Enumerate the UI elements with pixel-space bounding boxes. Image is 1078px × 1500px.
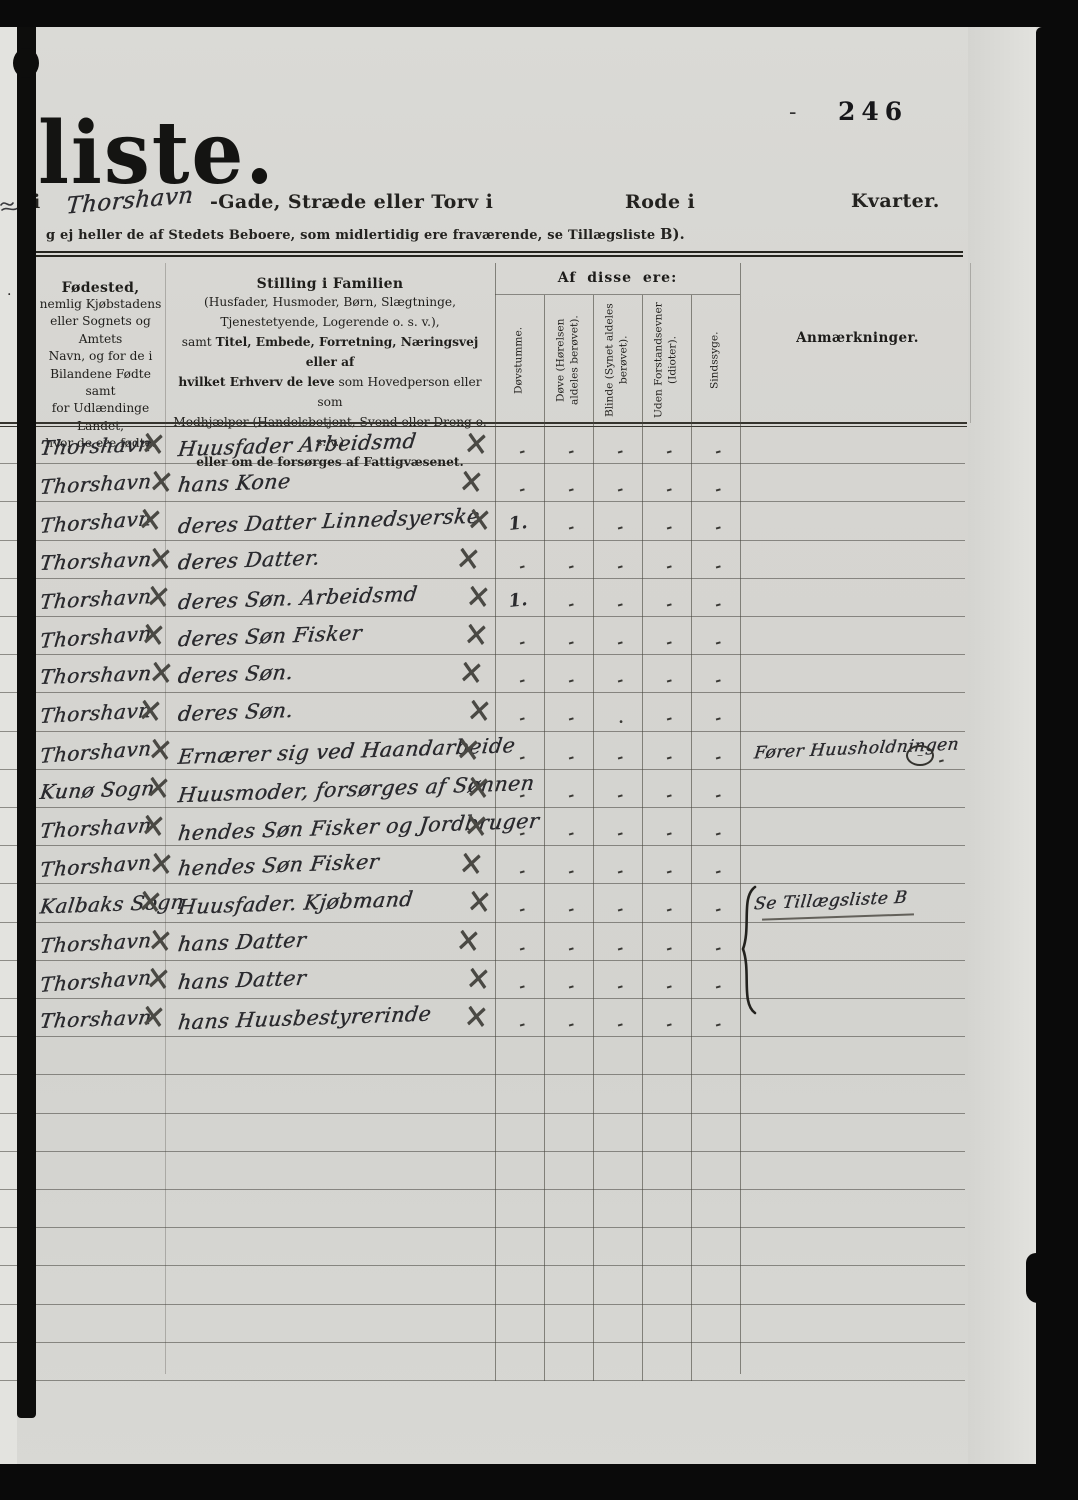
tally-mark: - (608, 592, 632, 615)
tally-mark: - (559, 516, 583, 539)
page-number-dash: - (789, 100, 796, 125)
tally-mark: - (706, 554, 730, 577)
position-entry: hans Kone (177, 469, 293, 497)
tally-mark: 1. (507, 589, 529, 612)
tally-mark: - (608, 822, 632, 845)
footnote: g ej heller de af Stedets Beboere, som m… (46, 226, 685, 243)
tally-mark: - (706, 516, 730, 539)
check-mark: ✕ (144, 958, 172, 1000)
position-entry: deres Datter. (177, 545, 322, 574)
tally-mark: - (510, 707, 534, 730)
rode-label: Rode i (625, 191, 695, 213)
row-line (0, 1113, 965, 1114)
birthplace-entry: Thorshavn (39, 813, 153, 843)
tally-mark: - (706, 745, 730, 768)
header-anmaerkninger: Anmærkninger. (740, 330, 975, 346)
sub-column-label: Sindssyge. (691, 298, 740, 422)
position-entry: deres Datter Linnedsyerske (177, 504, 482, 539)
tally-mark: - (510, 936, 534, 959)
cut-column-dot: . (7, 283, 11, 299)
birthplace-entry: Thorshavn (39, 965, 152, 997)
tally-mark: - (559, 898, 583, 921)
check-mark: ✕ (462, 614, 490, 656)
stilling-header-line: samt Titel, Embede, Forretning, Næringsv… (167, 332, 493, 372)
check-mark: ✕ (139, 614, 167, 656)
check-mark: ✕ (139, 423, 167, 465)
tally-mark: - (706, 898, 730, 921)
tally-mark: - (510, 554, 534, 577)
birthplace-entry: Thorshavn (39, 736, 152, 768)
tally-mark: - (706, 478, 730, 501)
tally-mark: - (608, 860, 632, 883)
birthplace-entry: Thorshavn (39, 547, 153, 575)
check-mark: ✕ (144, 767, 172, 809)
tally-mark: - (608, 516, 632, 539)
tally-mark: - (608, 554, 632, 577)
tally-mark: - (559, 860, 583, 883)
position-entry: deres Søn Fisker (177, 621, 364, 652)
scan-edge-notch (1026, 1253, 1042, 1303)
check-mark: ✕ (454, 920, 482, 962)
tally-mark: - (559, 783, 583, 806)
check-mark: ✕ (146, 920, 174, 962)
tally-mark: - (608, 669, 632, 692)
check-mark: ✕ (465, 499, 493, 541)
tally-mark: - (706, 974, 730, 997)
column-line (593, 295, 594, 1381)
af-disse-underline (495, 294, 740, 295)
birthplace-entry: Thorshavn (39, 432, 153, 460)
tally-mark: - (657, 592, 681, 615)
check-mark: ✕ (146, 729, 174, 771)
stilling-header-line: (Husfader, Husmoder, Børn, Slægtninge, (167, 292, 493, 312)
sub-column-label: Blinde (Synet aldeles berøvet). (593, 298, 642, 422)
check-mark: ✕ (457, 652, 485, 694)
tally-mark: - (608, 936, 632, 959)
check-mark: ✕ (457, 843, 485, 885)
tally-mark: - (706, 936, 730, 959)
tally-mark: - (706, 1013, 730, 1036)
position-entry: deres Søn. Arbeidsmd (177, 582, 419, 614)
tally-mark: - (657, 860, 681, 883)
check-mark: ✕ (464, 576, 492, 618)
tally-mark: - (657, 707, 681, 730)
check-mark: ✕ (147, 843, 175, 885)
tally-mark: - (559, 707, 583, 730)
tally-mark: - (559, 592, 583, 615)
tally-mark: - (608, 745, 632, 768)
position-entry: hans Datter (177, 966, 308, 995)
check-mark: ✕ (462, 805, 490, 847)
tally-mark: - (706, 860, 730, 883)
footnote-text: g ej heller de af Stedets Beboere, som m… (46, 228, 660, 243)
header-af-disse: Af disse ere: (495, 270, 740, 286)
tally-mark: - (559, 631, 583, 654)
check-mark: ✕ (462, 423, 490, 465)
page-number: 246 (838, 97, 908, 126)
book-binding-strip (17, 27, 36, 1418)
circled-mark: – (906, 745, 934, 766)
check-mark: ✕ (454, 729, 482, 771)
check-mark: ✕ (465, 881, 493, 923)
birthplace-entry: Thorshavn (39, 584, 153, 614)
row-line (0, 1074, 965, 1075)
check-mark: ✕ (136, 499, 164, 541)
check-mark: ✕ (464, 958, 492, 1000)
scan-black-bottom (0, 1464, 1078, 1500)
tally-mark: - (706, 707, 730, 730)
sub-column-label: Uden Forstandsevner (Idioter). (642, 298, 691, 422)
check-mark: ✕ (454, 538, 482, 580)
check-mark: ✕ (464, 767, 492, 809)
check-mark: ✕ (462, 996, 490, 1038)
tally-mark: - (559, 554, 583, 577)
birthplace-entry: Kalbaks Sogn (39, 890, 186, 919)
scan-black-top (0, 0, 1078, 27)
tally-mark: - (657, 516, 681, 539)
tally-mark: - (657, 1013, 681, 1036)
tally-mark: - (608, 631, 632, 654)
tally-mark: - (608, 440, 632, 463)
top-rule (0, 251, 963, 257)
birthplace-entry: Thorshavn (39, 506, 152, 538)
tally-mark: - (559, 440, 583, 463)
birthplace-entry: Thorshavn (39, 621, 152, 653)
tally-mark: - (510, 440, 534, 463)
tally-mark: - (510, 898, 534, 921)
row-line (0, 1189, 965, 1190)
position-entry: Huusfader. Kjøbmand (177, 887, 415, 919)
tally-mark: - (559, 669, 583, 692)
column-line (642, 295, 643, 1381)
check-mark: ✕ (146, 538, 174, 580)
sub-column-label: Døvstumme. (495, 298, 544, 422)
tally-mark: - (657, 669, 681, 692)
tally-mark: - (706, 631, 730, 654)
row-line (0, 1151, 965, 1152)
row-line (0, 1227, 965, 1228)
birthplace-entry: Thorshavn (39, 1005, 153, 1033)
tally-mark: . (608, 707, 632, 730)
tally-mark: - (657, 440, 681, 463)
census-form-page: liste. - 246 i Thorshavn -Gade, Stræde e… (0, 0, 1078, 1500)
check-mark: ✕ (139, 996, 167, 1038)
birthplace-entry: Thorshavn (39, 469, 153, 499)
tally-mark: - (706, 783, 730, 806)
check-mark: ✕ (136, 690, 164, 732)
check-mark: ✕ (144, 576, 172, 618)
row-line (0, 1342, 965, 1343)
tally-mark: - (608, 1013, 632, 1036)
tally-mark: - (706, 822, 730, 845)
check-mark: ✕ (465, 690, 493, 732)
row-line (0, 1265, 965, 1266)
tally-mark: - (657, 936, 681, 959)
kvarter-label: Kvarter. (851, 190, 940, 212)
tally-mark: - (657, 822, 681, 845)
tally-mark: - (559, 478, 583, 501)
header-stilling-title: Stilling i Familien (167, 276, 493, 292)
tally-mark: - (706, 440, 730, 463)
tally-mark: - (510, 631, 534, 654)
tally-mark: - (559, 1013, 583, 1036)
column-line (544, 295, 545, 1381)
fodested-header-line: eller Sognets og Amtets (36, 313, 165, 348)
birthplace-entry: Thorshavn (39, 850, 152, 882)
tally-mark: - (706, 669, 730, 692)
tally-mark: - (559, 974, 583, 997)
annotation-brace (736, 885, 758, 1015)
tally-mark: - (657, 554, 681, 577)
column-line (740, 263, 741, 1374)
stilling-header-line: Tjenestetyende, Logerende o. s. v.), (167, 312, 493, 332)
page-right-margin (968, 27, 1036, 1464)
tally-mark: - (510, 478, 534, 501)
annotation-underline (762, 914, 914, 921)
row-line (0, 1380, 965, 1381)
stilling-header-line: hvilket Erhverv de leve som Hovedperson … (167, 372, 493, 412)
tally-mark: - (559, 936, 583, 959)
check-mark: ✕ (147, 461, 175, 503)
tally-mark: - (657, 631, 681, 654)
tally-mark: - (657, 783, 681, 806)
position-entry: deres Søn. (177, 698, 295, 726)
tally-mark: - (657, 898, 681, 921)
fodested-header-line: nemlig Kjøbstadens (36, 296, 165, 313)
tally-mark: - (657, 745, 681, 768)
birthplace-entry: Kunø Sogn (39, 776, 156, 804)
sub-column-label: Døve (Hørelsen aldeles berøvet). (544, 298, 593, 422)
binding-paper-sliver (0, 27, 17, 1464)
position-entry: hendes Søn Fisker (177, 850, 381, 881)
tally-mark: - (608, 974, 632, 997)
column-line (970, 263, 971, 423)
tally-mark: 1. (507, 512, 529, 535)
tally-mark: - (657, 974, 681, 997)
tally-mark: - (608, 898, 632, 921)
tally-mark: - (559, 822, 583, 845)
position-entry: hans Datter (177, 927, 308, 956)
check-mark: ✕ (147, 652, 175, 694)
tally-mark: - (559, 745, 583, 768)
scan-black-right (1036, 27, 1078, 1464)
fodested-header-line: Bilandene Fødte samt (36, 366, 165, 401)
annotation-entry: Se Tillægsliste B (753, 888, 908, 915)
position-entry: deres Søn. (177, 660, 295, 688)
column-line (691, 295, 692, 1381)
tally-mark: - (510, 860, 534, 883)
birthplace-entry: Thorshavn (39, 661, 153, 689)
tally-mark: - (510, 1013, 534, 1036)
check-mark: ✕ (457, 461, 485, 503)
tally-mark: - (608, 478, 632, 501)
header-fodested-title: Fødested, (36, 280, 165, 296)
check-mark: ✕ (136, 881, 164, 923)
tally-mark: - (657, 478, 681, 501)
street-label: -Gade, Stræde eller Torv i (210, 191, 493, 213)
tally-mark: - (608, 783, 632, 806)
tally-mark: - (706, 592, 730, 615)
position-entry: hans Huusbestyrerinde (177, 1002, 433, 1035)
tally-mark: - (510, 974, 534, 997)
row-line (0, 1304, 965, 1305)
footnote-bold-end: B). (660, 226, 685, 243)
tally-mark: - (510, 669, 534, 692)
binding-ink-blob (13, 48, 39, 78)
check-mark: ✕ (139, 805, 167, 847)
birthplace-entry: Thorshavn (39, 928, 153, 958)
fodested-header-line: Navn, og for de i (36, 348, 165, 365)
